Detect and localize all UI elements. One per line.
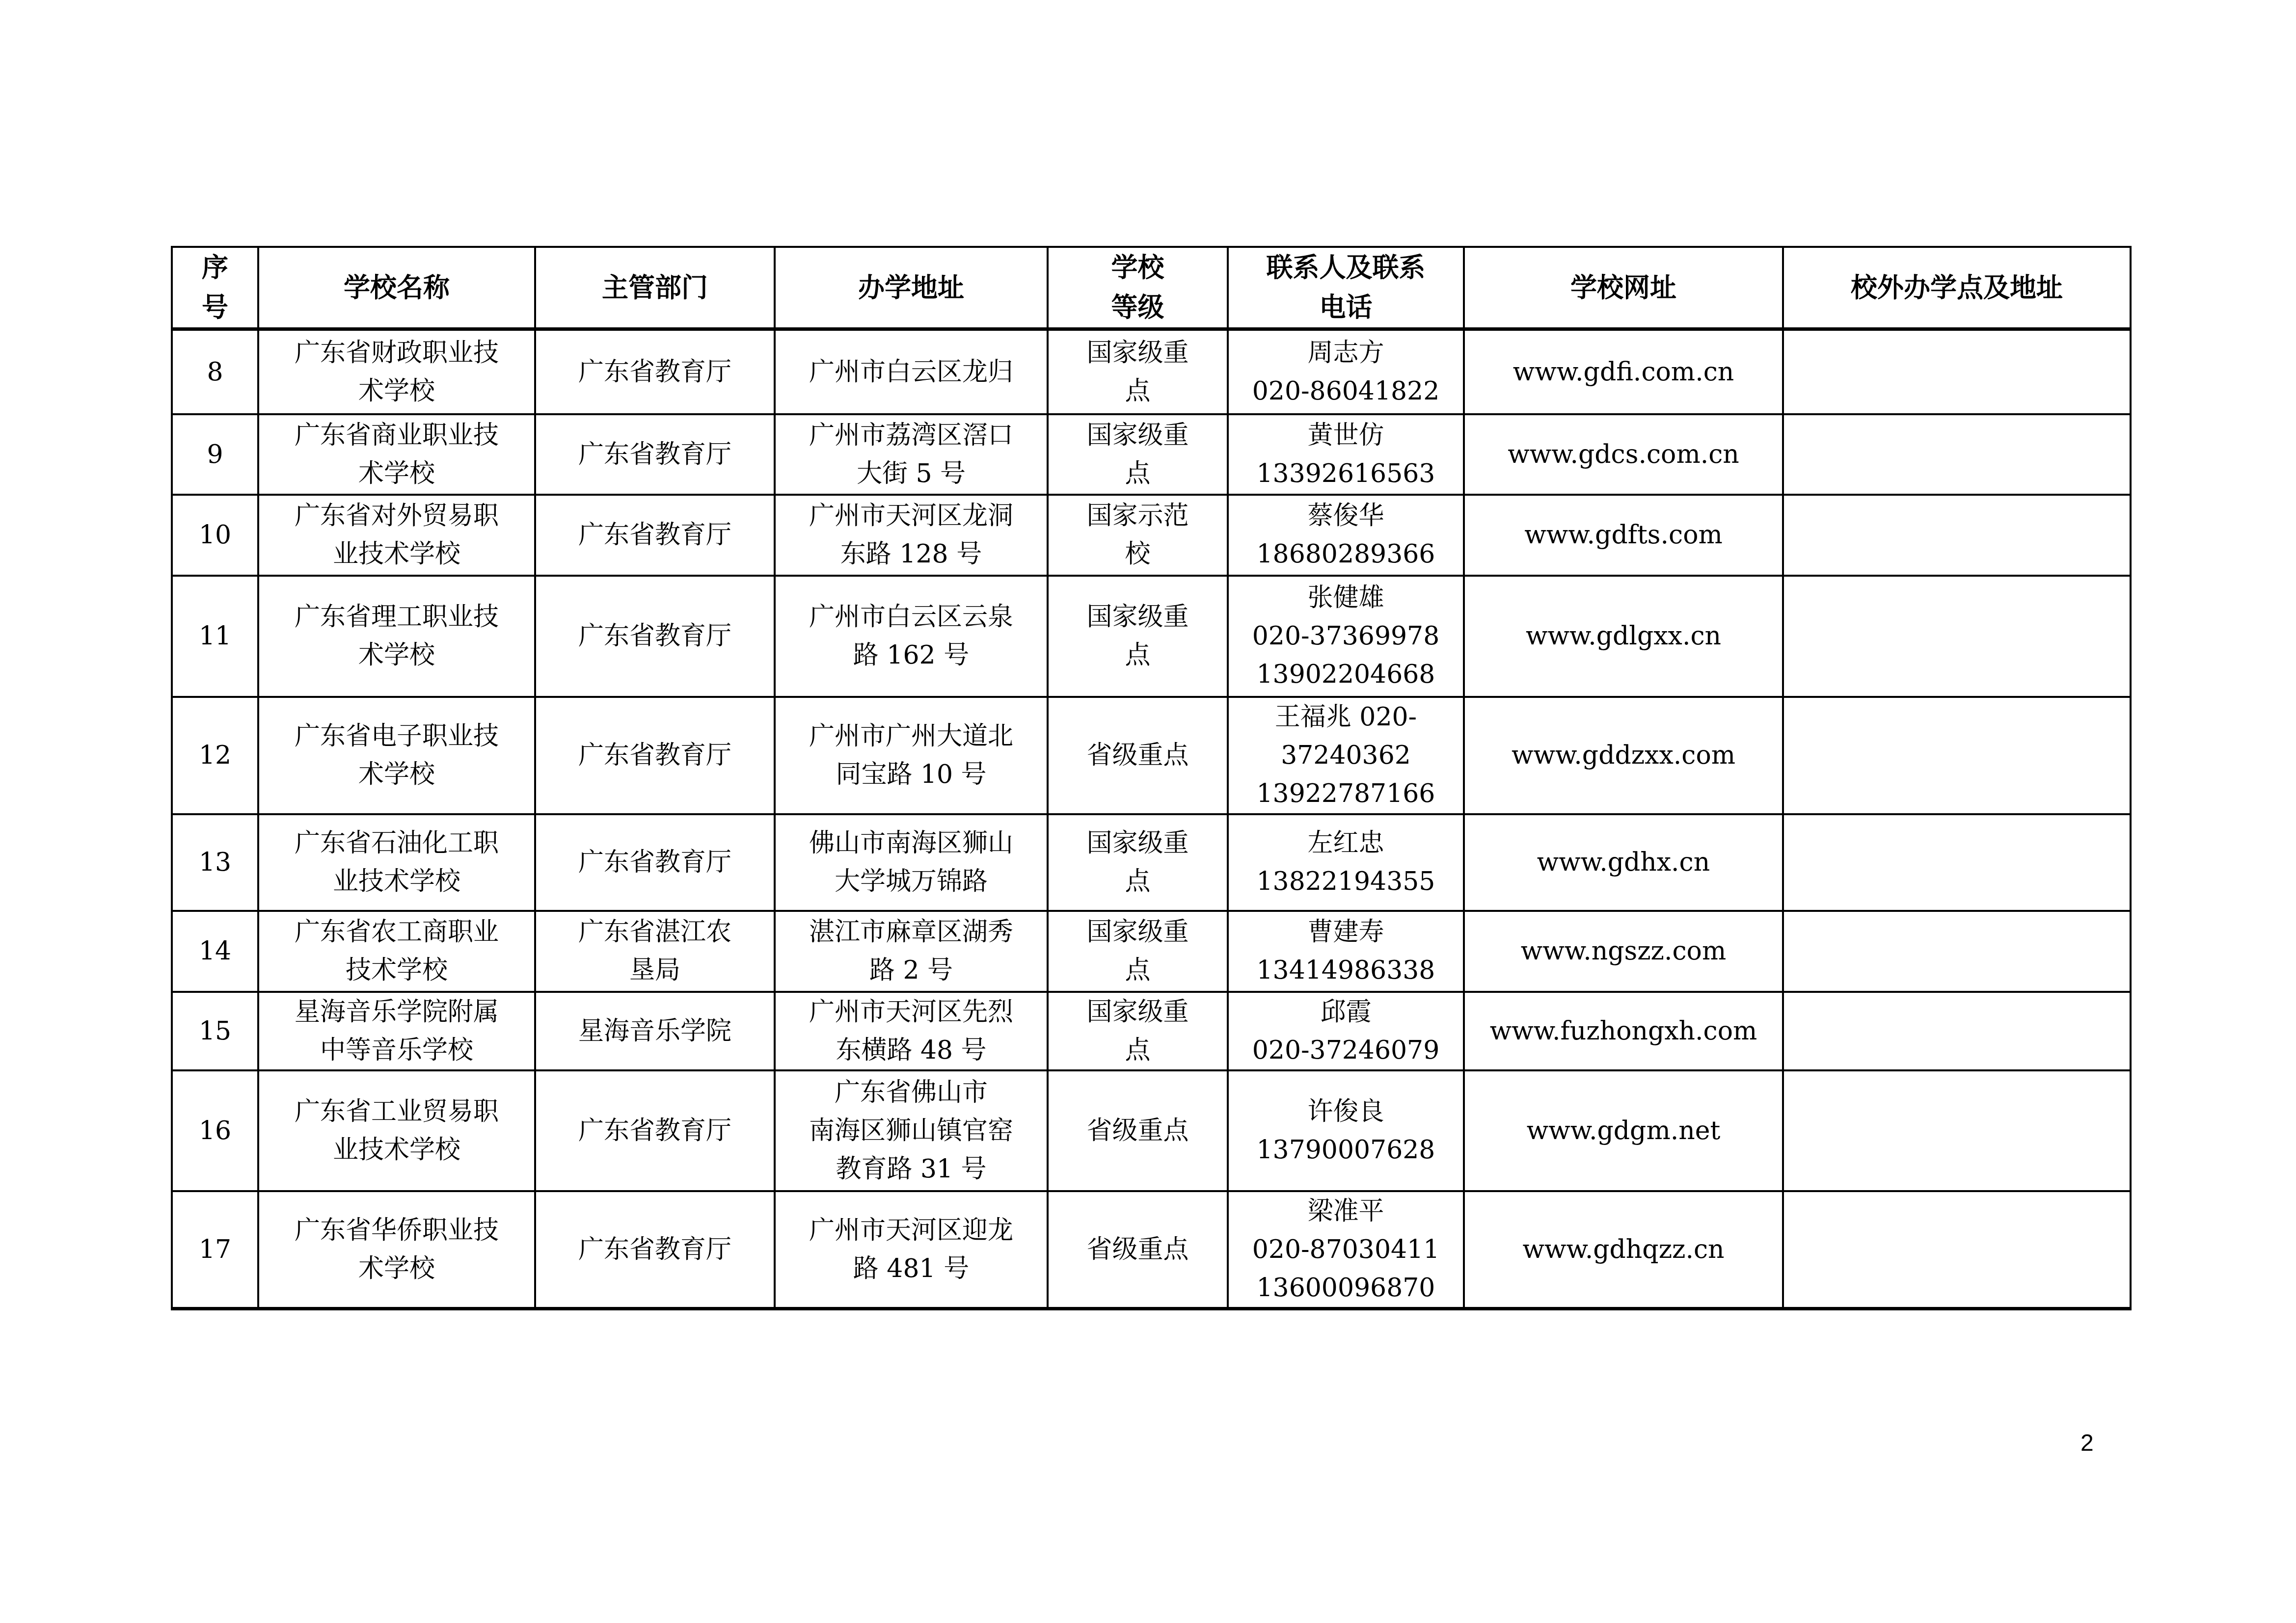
cell-department: 广东省教育厅 — [535, 576, 775, 697]
cell-level: 省级重点 — [1048, 1070, 1228, 1191]
cell-department: 广东省教育厅 — [535, 414, 775, 495]
cell-level: 国家示范 校 — [1048, 495, 1228, 576]
cell-website: www.gdlgxx.cn — [1464, 576, 1783, 697]
cell-index: 11 — [172, 576, 258, 697]
table-row: 12 广东省电子职业技 术学校 广东省教育厅 广州市广州大道北 同宝路 10 号… — [172, 697, 2131, 814]
col-header-contact: 联系人及联系 电话 — [1228, 247, 1464, 329]
cell-school-name: 广东省商业职业技 术学校 — [258, 414, 535, 495]
table-row: 16 广东省工业贸易职 业技术学校 广东省教育厅 广东省佛山市 南海区狮山镇官窑… — [172, 1070, 2131, 1191]
cell-contact: 梁准平 020-87030411 13600096870 — [1228, 1191, 1464, 1309]
cell-level: 省级重点 — [1048, 1191, 1228, 1309]
cell-department: 广东省教育厅 — [535, 1191, 775, 1309]
col-header-offsite: 校外办学点及地址 — [1783, 247, 2131, 329]
cell-website: www.gdhx.cn — [1464, 814, 1783, 911]
col-header-department: 主管部门 — [535, 247, 775, 329]
cell-contact: 周志方 020-86041822 — [1228, 329, 1464, 414]
cell-school-name: 广东省对外贸易职 业技术学校 — [258, 495, 535, 576]
table-row: 15 星海音乐学院附属 中等音乐学校 星海音乐学院 广州市天河区先烈 东横路 4… — [172, 992, 2131, 1070]
cell-level: 国家级重 点 — [1048, 911, 1228, 992]
col-header-level: 学校 等级 — [1048, 247, 1228, 329]
cell-website: www.gdgm.net — [1464, 1070, 1783, 1191]
cell-school-name: 广东省工业贸易职 业技术学校 — [258, 1070, 535, 1191]
col-header-school-name: 学校名称 — [258, 247, 535, 329]
col-header-website: 学校网址 — [1464, 247, 1783, 329]
cell-address: 广州市天河区先烈 东横路 48 号 — [775, 992, 1048, 1070]
col-header-address: 办学地址 — [775, 247, 1048, 329]
school-table: 序 号 学校名称 主管部门 办学地址 学校 等级 联系人及联系 电话 学校网址 … — [171, 246, 2132, 1310]
table-row: 17 广东省华侨职业技 术学校 广东省教育厅 广州市天河区迎龙 路 481 号 … — [172, 1191, 2131, 1309]
cell-department: 广东省教育厅 — [535, 814, 775, 911]
cell-school-name: 广东省石油化工职 业技术学校 — [258, 814, 535, 911]
cell-offsite — [1783, 1070, 2131, 1191]
cell-address: 广州市白云区云泉 路 162 号 — [775, 576, 1048, 697]
cell-index: 9 — [172, 414, 258, 495]
cell-offsite — [1783, 697, 2131, 814]
cell-school-name: 广东省华侨职业技 术学校 — [258, 1191, 535, 1309]
cell-index: 10 — [172, 495, 258, 576]
cell-level: 省级重点 — [1048, 697, 1228, 814]
cell-address: 湛江市麻章区湖秀 路 2 号 — [775, 911, 1048, 992]
cell-website: www.gdfi.com.cn — [1464, 329, 1783, 414]
table-row: 14 广东省农工商职业 技术学校 广东省湛江农 垦局 湛江市麻章区湖秀 路 2 … — [172, 911, 2131, 992]
cell-website: www.gdcs.com.cn — [1464, 414, 1783, 495]
cell-index: 13 — [172, 814, 258, 911]
cell-index: 15 — [172, 992, 258, 1070]
cell-offsite — [1783, 814, 2131, 911]
cell-department: 广东省教育厅 — [535, 697, 775, 814]
table-header-row: 序 号 学校名称 主管部门 办学地址 学校 等级 联系人及联系 电话 学校网址 … — [172, 247, 2131, 329]
cell-index: 14 — [172, 911, 258, 992]
cell-address: 广州市天河区龙洞 东路 128 号 — [775, 495, 1048, 576]
cell-department: 广东省教育厅 — [535, 495, 775, 576]
cell-address: 广州市白云区龙归 — [775, 329, 1048, 414]
cell-level: 国家级重 点 — [1048, 814, 1228, 911]
cell-website: www.gddzxx.com — [1464, 697, 1783, 814]
cell-contact: 许俊良 13790007628 — [1228, 1070, 1464, 1191]
cell-level: 国家级重 点 — [1048, 329, 1228, 414]
cell-department: 广东省教育厅 — [535, 329, 775, 414]
cell-index: 17 — [172, 1191, 258, 1309]
cell-website: www.gdfts.com — [1464, 495, 1783, 576]
cell-index: 12 — [172, 697, 258, 814]
cell-offsite — [1783, 329, 2131, 414]
table-row: 13 广东省石油化工职 业技术学校 广东省教育厅 佛山市南海区狮山 大学城万锦路… — [172, 814, 2131, 911]
document-page: 序 号 学校名称 主管部门 办学地址 学校 等级 联系人及联系 电话 学校网址 … — [0, 0, 2296, 1623]
table-row: 8 广东省财政职业技 术学校 广东省教育厅 广州市白云区龙归 国家级重 点 周志… — [172, 329, 2131, 414]
cell-website: www.gdhqzz.cn — [1464, 1191, 1783, 1309]
page-number: 2 — [2080, 1429, 2094, 1458]
cell-contact: 黄世仿 13392616563 — [1228, 414, 1464, 495]
table-row: 11 广东省理工职业技 术学校 广东省教育厅 广州市白云区云泉 路 162 号 … — [172, 576, 2131, 697]
cell-index: 8 — [172, 329, 258, 414]
col-header-index: 序 号 — [172, 247, 258, 329]
cell-level: 国家级重 点 — [1048, 992, 1228, 1070]
cell-school-name: 广东省理工职业技 术学校 — [258, 576, 535, 697]
cell-contact: 蔡俊华 18680289366 — [1228, 495, 1464, 576]
cell-offsite — [1783, 495, 2131, 576]
cell-offsite — [1783, 576, 2131, 697]
cell-website: www.fuzhongxh.com — [1464, 992, 1783, 1070]
cell-department: 广东省教育厅 — [535, 1070, 775, 1191]
cell-offsite — [1783, 992, 2131, 1070]
cell-contact: 曹建寿 13414986338 — [1228, 911, 1464, 992]
cell-level: 国家级重 点 — [1048, 576, 1228, 697]
cell-level: 国家级重 点 — [1048, 414, 1228, 495]
table-row: 9 广东省商业职业技 术学校 广东省教育厅 广州市荔湾区滘口 大街 5 号 国家… — [172, 414, 2131, 495]
cell-contact: 王福兆 020- 37240362 13922787166 — [1228, 697, 1464, 814]
cell-contact: 左红忠 13822194355 — [1228, 814, 1464, 911]
cell-school-name: 广东省财政职业技 术学校 — [258, 329, 535, 414]
cell-department: 广东省湛江农 垦局 — [535, 911, 775, 992]
cell-offsite — [1783, 911, 2131, 992]
cell-address: 广州市天河区迎龙 路 481 号 — [775, 1191, 1048, 1309]
cell-address: 广州市广州大道北 同宝路 10 号 — [775, 697, 1048, 814]
cell-school-name: 广东省农工商职业 技术学校 — [258, 911, 535, 992]
cell-contact: 邱霞 020-37246079 — [1228, 992, 1464, 1070]
cell-address: 广东省佛山市 南海区狮山镇官窑 教育路 31 号 — [775, 1070, 1048, 1191]
cell-school-name: 星海音乐学院附属 中等音乐学校 — [258, 992, 535, 1070]
cell-website: www.ngszz.com — [1464, 911, 1783, 992]
cell-address: 佛山市南海区狮山 大学城万锦路 — [775, 814, 1048, 911]
cell-index: 16 — [172, 1070, 258, 1191]
cell-offsite — [1783, 1191, 2131, 1309]
cell-department: 星海音乐学院 — [535, 992, 775, 1070]
table-row: 10 广东省对外贸易职 业技术学校 广东省教育厅 广州市天河区龙洞 东路 128… — [172, 495, 2131, 576]
cell-contact: 张健雄 020-37369978 13902204668 — [1228, 576, 1464, 697]
cell-offsite — [1783, 414, 2131, 495]
cell-school-name: 广东省电子职业技 术学校 — [258, 697, 535, 814]
cell-address: 广州市荔湾区滘口 大街 5 号 — [775, 414, 1048, 495]
